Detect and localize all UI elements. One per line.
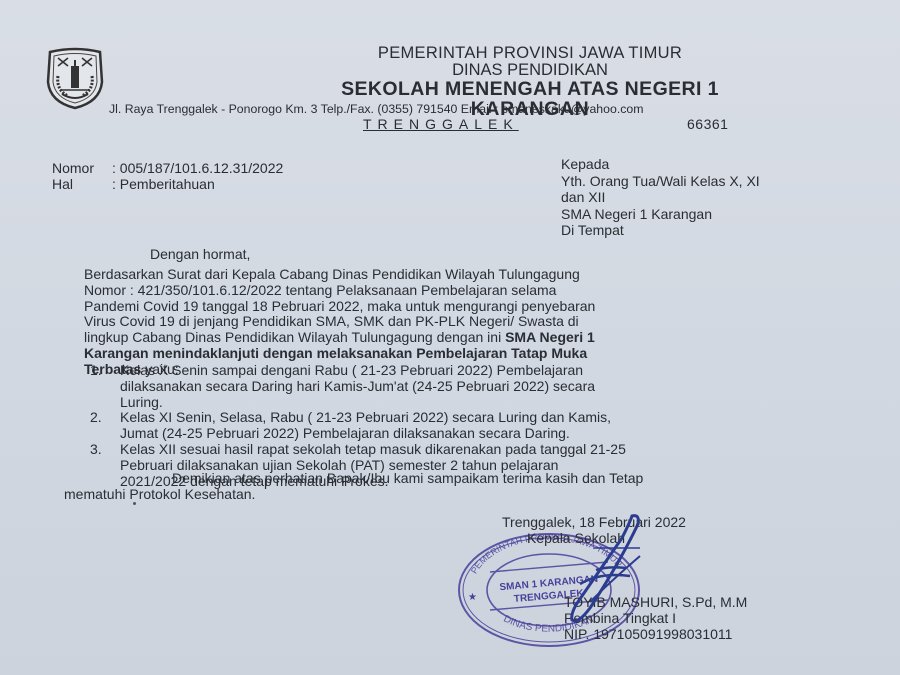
- recipient-line: Yth. Orang Tua/Wali Kelas X, XI: [561, 173, 881, 190]
- list-item: 2. Kelas XI Senin, Selasa, Rabu ( 21-23 …: [90, 410, 890, 442]
- paragraph-bold: SMA Negeri 1: [505, 329, 595, 345]
- svg-text:★: ★: [468, 592, 477, 603]
- hal-value: : Pemberitahuan: [112, 176, 215, 192]
- letterhead-address: Jl. Raya Trenggalek - Ponorogo Km. 3 Tel…: [109, 102, 643, 116]
- paragraph-line: Virus Covid 19 di jenjang Pendidikan SMA…: [84, 314, 884, 330]
- list-item: 1. Kelas X Senin sampai dengani Rabu ( 2…: [90, 363, 890, 410]
- paragraph-bold: Karangan menindaklanjuti dengan melaksan…: [84, 345, 587, 361]
- coat-of-arms-icon: [44, 46, 106, 110]
- nomor-label: Nomor: [52, 160, 118, 176]
- recipient-line: Kepada: [561, 156, 881, 173]
- paragraph-line: Berdasarkan Surat dari Kepala Cabang Din…: [84, 267, 884, 283]
- recipient-line: dan XII: [561, 189, 881, 206]
- paragraph-line: Karangan menindaklanjuti dengan melaksan…: [84, 346, 884, 362]
- letterhead-city: TRENGGALEK: [363, 116, 519, 132]
- paragraph-line: lingkup Cabang Dinas Pendidikan Wilayah …: [84, 330, 884, 346]
- letterhead-department: DINAS PENDIDIKAN: [210, 62, 850, 79]
- recipient-line: Di Tempat: [561, 222, 881, 239]
- paragraph-line: Pandemi Covid 19 tanggal 18 Pebruari 202…: [84, 299, 884, 315]
- letterhead-postal-code: 66361: [687, 116, 728, 132]
- letter-meta: Nomor : 005/187/101.6.12.31/2022 Hal : P…: [52, 160, 283, 192]
- recipient-line: SMA Negeri 1 Karangan: [561, 206, 881, 223]
- paragraph-line: Nomor : 421/350/101.6.12/2022 tentang Pe…: [84, 283, 884, 299]
- hal-label: Hal: [52, 176, 118, 192]
- body-paragraph: Berdasarkan Surat dari Kepala Cabang Din…: [84, 267, 884, 378]
- letterhead-school-name: SEKOLAH MENENGAH ATAS NEGERI 1: [210, 79, 850, 99]
- salutation: Dengan hormat,: [150, 246, 250, 262]
- stray-mark: [133, 502, 136, 505]
- letter-document: PEMERINTAH PROVINSI JAWA TIMUR DINAS PEN…: [0, 0, 900, 675]
- handwritten-signature-icon: [560, 512, 650, 632]
- recipient-block: Kepada Yth. Orang Tua/Wali Kelas X, XI d…: [561, 156, 881, 239]
- letterhead-government: PEMERINTAH PROVINSI JAWA TIMUR: [210, 44, 850, 62]
- nomor-value: : 005/187/101.6.12.31/2022: [112, 160, 283, 176]
- closing-paragraph: Demikian atas perhatian Bapak/Ibu kami s…: [64, 470, 643, 502]
